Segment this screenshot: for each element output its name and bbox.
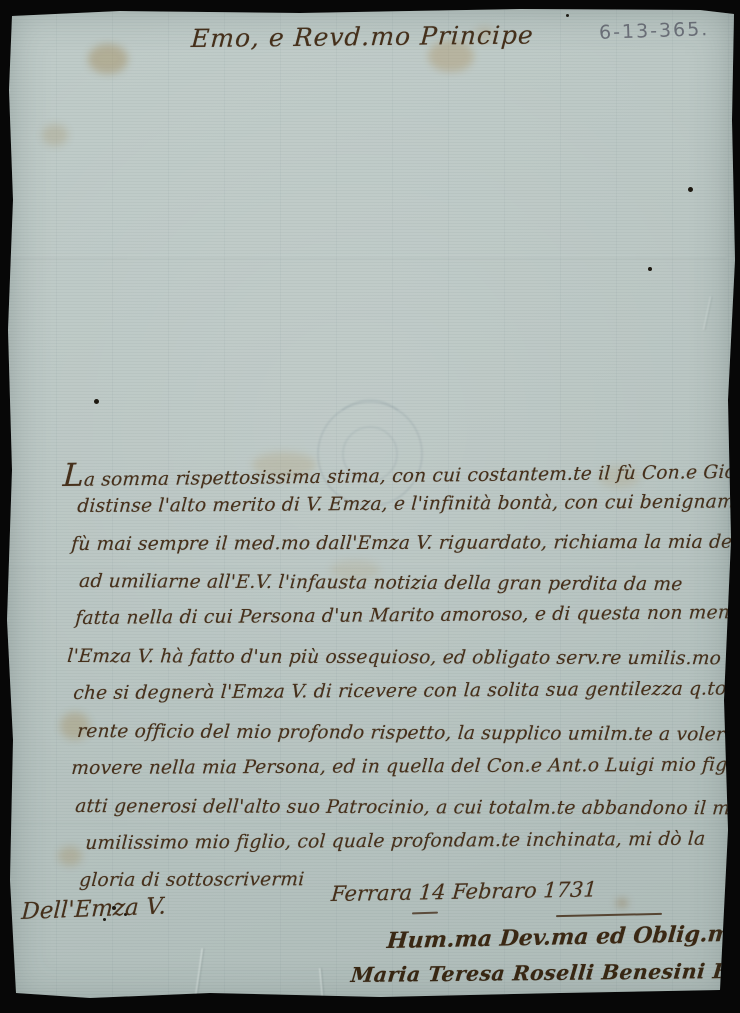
ink-speck: [112, 906, 116, 910]
body-line: fù mai sempre il med.mo dall'Emza V. rig…: [71, 531, 740, 555]
signature: Maria Teresa Roselli Benesini Boselli.: [350, 958, 740, 987]
body-line: ad umiliarne all'E.V. l'infausta notizia…: [78, 571, 683, 595]
edge-crease: [195, 948, 204, 996]
watermark-icon: [282, 382, 458, 508]
foxing-stain: [58, 846, 82, 866]
body-line: che si degnerà l'Emza V. di ricevere con…: [73, 678, 740, 704]
body-line: movere nella mia Persona, ed in quella d…: [71, 754, 740, 779]
fold-crease: [12, 255, 726, 259]
date-underline: [412, 912, 438, 915]
body-line: l'Emza V. hà fatto d'un più ossequioso, …: [66, 646, 740, 670]
body-line: umilissimo mio figlio, col quale profond…: [85, 829, 706, 854]
foxing-stain: [428, 40, 474, 72]
photo-background: 6-13-365. Emo, e Revd.mo Principe La som…: [0, 0, 740, 1013]
body-line: La somma rispettosissima stima, con cui …: [62, 449, 740, 494]
salutation: Emo, e Revd.mo Principe: [190, 20, 534, 53]
foxing-stain: [598, 466, 640, 488]
body-line: gloria di sottoscrivermi: [79, 869, 305, 891]
edge-crease: [319, 968, 323, 996]
ink-speck: [648, 267, 652, 271]
valediction: Hum.ma Dev.ma ed Oblig.ma Ser.a: [386, 919, 740, 954]
edge-crease: [702, 296, 711, 330]
body-line: atti generosi dell'alto suo Patrocinio, …: [74, 796, 740, 819]
closing: Dell'Emza V.: [21, 893, 167, 925]
foxing-stain: [474, 26, 496, 42]
fold-crease: [12, 820, 726, 824]
ink-speck: [124, 913, 127, 916]
body-line: distinse l'alto merito di V. Emza, e l'i…: [77, 491, 740, 517]
date-underline: [556, 913, 662, 917]
foxing-stain: [330, 560, 380, 580]
body-line: fatta nella di cui Persona d'un Marito a…: [75, 602, 740, 629]
foxing-stain: [42, 124, 68, 146]
foxing-stain: [88, 44, 128, 74]
foxing-stain: [616, 898, 628, 908]
foxing-stain: [252, 452, 316, 478]
catalog-number: 6-13-365.: [599, 18, 710, 44]
letter-paper: 6-13-365. Emo, e Revd.mo Principe La som…: [0, 0, 740, 1013]
ink-speck: [566, 14, 569, 17]
ink-speck: [688, 187, 693, 192]
ink-speck: [94, 399, 99, 404]
dateline: Ferrara 14 Febraro 1731: [330, 877, 597, 906]
ink-speck: [103, 918, 106, 921]
fold-crease: [12, 564, 726, 568]
body-line: rente officio del mio profondo rispetto,…: [76, 721, 740, 746]
foxing-stain: [60, 712, 90, 740]
